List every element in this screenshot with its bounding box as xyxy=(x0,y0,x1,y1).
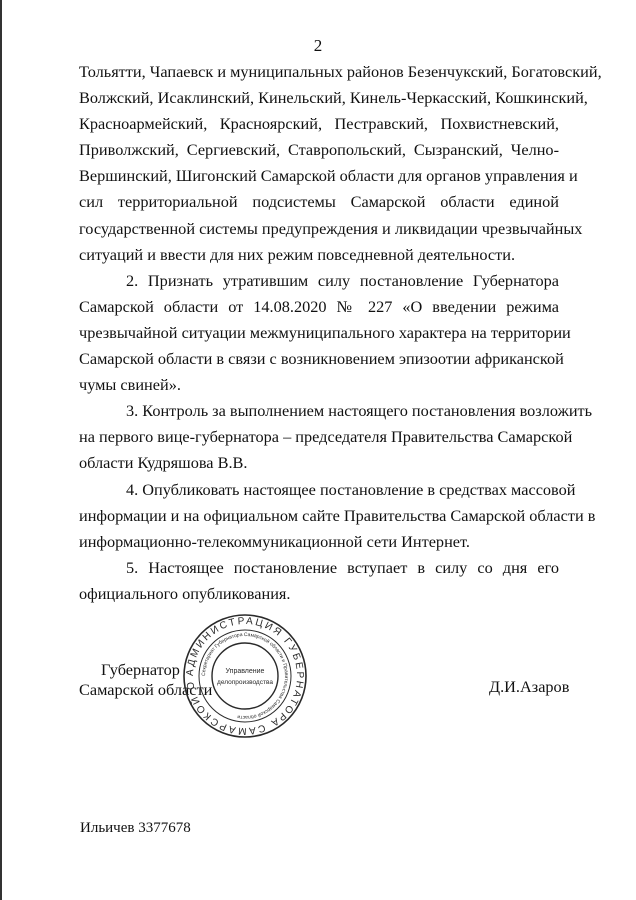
svg-text:Управление: Управление xyxy=(226,668,265,675)
text-line: Волжский, Исаклинский, Кинельский, Кинел… xyxy=(79,85,559,111)
text-line: государственной системы предупреждения и… xyxy=(79,216,559,242)
stamp-seal-icon: АДМИНИСТРАЦИЯ ГУБЕРНАТОРА САМАРСКОЙ ОБЛА… xyxy=(182,613,308,739)
text-line: ситуаций и ввести для них режим повседне… xyxy=(79,242,559,268)
text-line: области Кудряшова В.В. xyxy=(79,450,559,476)
paragraph-2: 2. Признать утратившим силу постановлени… xyxy=(79,268,559,398)
text-line: чрезвычайной ситуации межмуниципального … xyxy=(79,320,559,346)
scan-edge xyxy=(0,0,2,900)
page-number: 2 xyxy=(0,36,636,56)
text-line: Вершинский, Шигонский Самарской области … xyxy=(79,163,559,189)
signatory-name: Д.И.Азаров xyxy=(489,677,569,697)
paragraph-4: 4. Опубликовать настоящее постановление … xyxy=(79,477,559,555)
text-line: 4. Опубликовать настоящее постановление … xyxy=(79,477,559,503)
document-page: 2 Тольятти, Чапаевск и муниципальных рай… xyxy=(0,0,636,900)
executor-note: Ильичев 3377678 xyxy=(80,820,191,837)
document-body: Тольятти, Чапаевск и муниципальных район… xyxy=(79,59,559,607)
text-line: Самарской области в связи с возникновени… xyxy=(79,346,559,372)
text-line: на первого вице-губернатора – председате… xyxy=(79,424,559,450)
text-line: чумы свиней». xyxy=(79,372,559,398)
paragraph-5: 5. Настоящее постановление вступает в си… xyxy=(79,555,559,607)
text-line: Самарской области от 14.08.2020 № 227 «О… xyxy=(79,294,559,320)
svg-text:Секретариат Губернатора Самарс: Секретариат Губернатора Самарской област… xyxy=(201,632,289,720)
official-stamp: АДМИНИСТРАЦИЯ ГУБЕРНАТОРА САМАРСКОЙ ОБЛА… xyxy=(182,613,308,739)
text-line: 2. Признать утратившим силу постановлени… xyxy=(79,268,559,294)
svg-text:делопроизводства: делопроизводства xyxy=(217,679,273,686)
text-line: 5. Настоящее постановление вступает в си… xyxy=(79,555,559,581)
text-line: информации и на официальном сайте Правит… xyxy=(79,503,559,529)
text-line: официального опубликования. xyxy=(79,581,559,607)
text-line: Тольятти, Чапаевск и муниципальных район… xyxy=(79,59,559,85)
text-line: информационно-телекоммуникационной сети … xyxy=(79,529,559,555)
text-line: Приволжский, Сергиевский, Ставропольский… xyxy=(79,137,559,163)
text-line: Красноармейский, Красноярский, Пестравск… xyxy=(79,111,559,137)
text-line: 3. Контроль за выполнением настоящего по… xyxy=(79,398,559,424)
paragraph-3: 3. Контроль за выполнением настоящего по… xyxy=(79,398,559,476)
text-line: сил территориальной подсистемы Самарской… xyxy=(79,189,559,215)
paragraph-1-continuation: Тольятти, Чапаевск и муниципальных район… xyxy=(79,59,559,268)
